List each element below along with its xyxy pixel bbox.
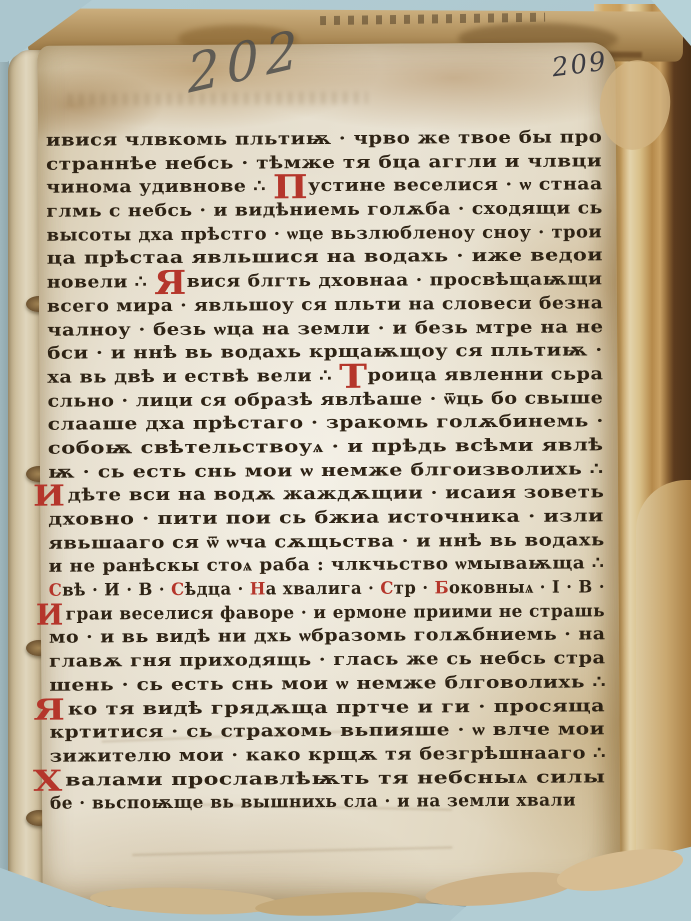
manuscript-line: ха вь двѣ и ествѣ вели ∴ Троица явленни … <box>47 363 609 390</box>
rubric-initial: И <box>36 603 64 626</box>
manuscript-line: глмь с небсь · и видѣниемь голѫба · сход… <box>46 197 608 224</box>
wrinkle-line <box>132 846 452 856</box>
text-segment: валами прославлѣѭть тя небсныѧ силы <box>65 767 605 790</box>
page-edges-right-lower <box>636 480 691 912</box>
text-segment: кртитися · сь страхомь вьпияше · ѡ влче … <box>50 720 606 743</box>
text-segment: оковныѧ · І · В · <box>449 577 605 598</box>
text-segment: бе · вьспоѭще вь вышнихь сла · и на земл… <box>50 791 576 814</box>
text-segment: С <box>171 580 185 600</box>
rubric-initial: Х <box>33 769 63 792</box>
parchment-page: ивися члвкомь пльтиѭ · чрво же твое бы п… <box>37 42 620 906</box>
text-segment: дѣте вси на водѫ жаждѫщии · исаия зоветь <box>68 483 605 506</box>
manuscript-line: собоѭ свѣтельствоуѧ · и прѣдь всѣми явлѣ <box>48 434 610 461</box>
manuscript-line: ца прѣстаа явльшися на водахь · иже ведо… <box>47 245 609 272</box>
text-segment: глмь с небсь · и видѣниемь голѫба · сход… <box>46 198 603 221</box>
text-segment: чалноу · безь ѡца на земли · и безь мтре… <box>47 317 604 340</box>
manuscript-line: новели ∴ Явися блгть дховнаа · просвѣщаѭ… <box>47 268 609 295</box>
text-segment: главѫ гня приходящь · глась же сь небсь … <box>49 648 606 671</box>
text-segment: вися блгть дховнаа · просвѣщаѭщи <box>187 269 603 292</box>
manuscript-line: высоты дха прѣстго · ѡце вьзлюбленоу сно… <box>46 221 608 248</box>
manuscript-line: и не ранѣскы стоѧ раба : члкчьство ѡмыва… <box>48 553 610 580</box>
text-segment: всего мира · явльшоу ся пльти на словеси… <box>47 293 603 316</box>
text-segment: страннѣе небсь · тѣмже тя бца аггли и чл… <box>46 151 602 174</box>
text-segment: роица явленни сьра <box>367 364 603 385</box>
text-segment: явьшааго ся ѿ ѡча сѫщьства · и ннѣ вь во… <box>48 530 604 553</box>
manuscript-line: всего мира · явльшоу ся пльти на словеси… <box>47 292 609 319</box>
text-segment: мо · и вь видѣ ни дхь ѡбразомь голѫбнием… <box>49 625 606 648</box>
manuscript-line: чалноу · безь ѡца на земли · и безь мтре… <box>47 316 609 343</box>
text-segment: ха вь двѣ и ествѣ вели ∴ <box>47 366 339 388</box>
text-segment: сльно · лици ся образѣ явлѣаше · ѿць бо … <box>47 388 603 411</box>
text-segment: Н <box>250 579 266 599</box>
manuscript-line: Свѣ · И · В · Сѣдца · На хвалига · Стр ·… <box>49 576 611 603</box>
manuscript-line: ѭ · сь есть снь мои ѡ немже блгоизволихь… <box>48 458 610 485</box>
manuscript-line: дховно · пити пои сь бжиа источника · из… <box>48 505 610 532</box>
manuscript-line: мо · и вь видѣ ни дхь ѡбразомь голѫбнием… <box>49 624 611 651</box>
manuscript-line: Идѣте вси на водѫ жаждѫщии · исаия зовет… <box>48 482 610 509</box>
text-segment: чинома удивнове ∴ <box>46 177 273 198</box>
manuscript-line: шень · сь есть снь мои ѡ немже блговолих… <box>49 671 611 698</box>
manuscript-line: бе · вьспоѭще вь вышнихь сла · и на земл… <box>50 790 612 817</box>
text-segment: ѭ · сь есть снь мои ѡ немже блгоизволихь… <box>48 459 604 482</box>
manuscript-line: слааше дха прѣстаго · зракомь голѫбинемь… <box>48 411 610 438</box>
text-segment: ивися члвкомь пльтиѭ · чрво же твое бы п… <box>46 127 603 150</box>
text-segment: граи веселися фаворе · и ермоне приими н… <box>66 601 606 624</box>
text-segment: бси · и ннѣ вь водахь крщаѭщоу ся пльтиѭ… <box>47 341 603 364</box>
manuscript-line: зижителю мои · како крщѫ тя безгрѣшнааго… <box>50 742 612 769</box>
manuscript-line: кртитися · сь страхомь вьпияше · ѡ влче … <box>50 718 612 745</box>
text-segment: зижителю мои · како крщѫ тя безгрѣшнааго… <box>50 743 606 766</box>
manuscript-line: Хвалами прославлѣѭть тя небсныѧ силы <box>50 766 612 793</box>
text-segment: новели ∴ <box>47 272 154 293</box>
text-segment: вѣ · И · В · <box>62 580 171 601</box>
rubric-initial: И <box>33 485 65 508</box>
manuscript-photo: ивися члвкомь пльтиѭ · чрво же твое бы п… <box>0 0 691 921</box>
text-segment: и не ранѣскы стоѧ раба : члкчьство ѡмыва… <box>49 554 605 577</box>
text-segment: С <box>380 579 394 599</box>
text-segment: собоѭ свѣтельствоуѧ · и прѣдь всѣми явлѣ <box>48 435 604 458</box>
text-segment: Б <box>435 578 450 598</box>
text-segment: тр · <box>394 578 435 598</box>
text-block: ивися члвкомь пльтиѭ · чрво же твое бы п… <box>46 126 612 816</box>
manuscript-line: Играи веселися фаворе · и ермоне приими … <box>49 600 611 627</box>
manuscript-line: сльно · лици ся образѣ явлѣаше · ѿць бо … <box>47 387 609 414</box>
manuscript-line: ивися члвкомь пльтиѭ · чрво же твое бы п… <box>46 126 608 153</box>
text-segment: а хвалига · <box>266 579 381 600</box>
manuscript-line: чинома удивнове ∴ Пустине веселися · ѡ с… <box>46 174 608 201</box>
manuscript-line: бси · и ннѣ вь водахь крщаѭщоу ся пльтиѭ… <box>47 339 609 366</box>
manuscript-line: явьшааго ся ѿ ѡча сѫщьства · и ннѣ вь во… <box>48 529 610 556</box>
text-segment: ко тя видѣ грядѫща пртче и ги · просяща <box>68 696 605 719</box>
text-segment: ца прѣстаа явльшися на водахь · иже ведо… <box>47 246 604 269</box>
text-segment: слааше дха прѣстаго · зракомь голѫбинемь… <box>48 412 604 435</box>
manuscript-line: главѫ гня приходящь · глась же сь небсь … <box>49 647 611 674</box>
text-segment: устине веселися · ѡ стнаа <box>308 175 603 197</box>
text-segment: дховно · пити пои сь бжиа источника · из… <box>48 506 604 529</box>
manuscript-line: Яко тя видѣ грядѫща пртче и ги · просяща <box>49 695 611 722</box>
text-segment: шень · сь есть снь мои ѡ немже блговолих… <box>49 672 606 695</box>
text-segment: высоты дха прѣстго · ѡце вьзлюбленоу сно… <box>46 222 602 245</box>
text-segment: ѣдца · <box>185 580 250 600</box>
manuscript-line: страннѣе небсь · тѣмже тя бца аггли и чл… <box>46 150 608 177</box>
rubric-initial: Я <box>33 698 65 721</box>
